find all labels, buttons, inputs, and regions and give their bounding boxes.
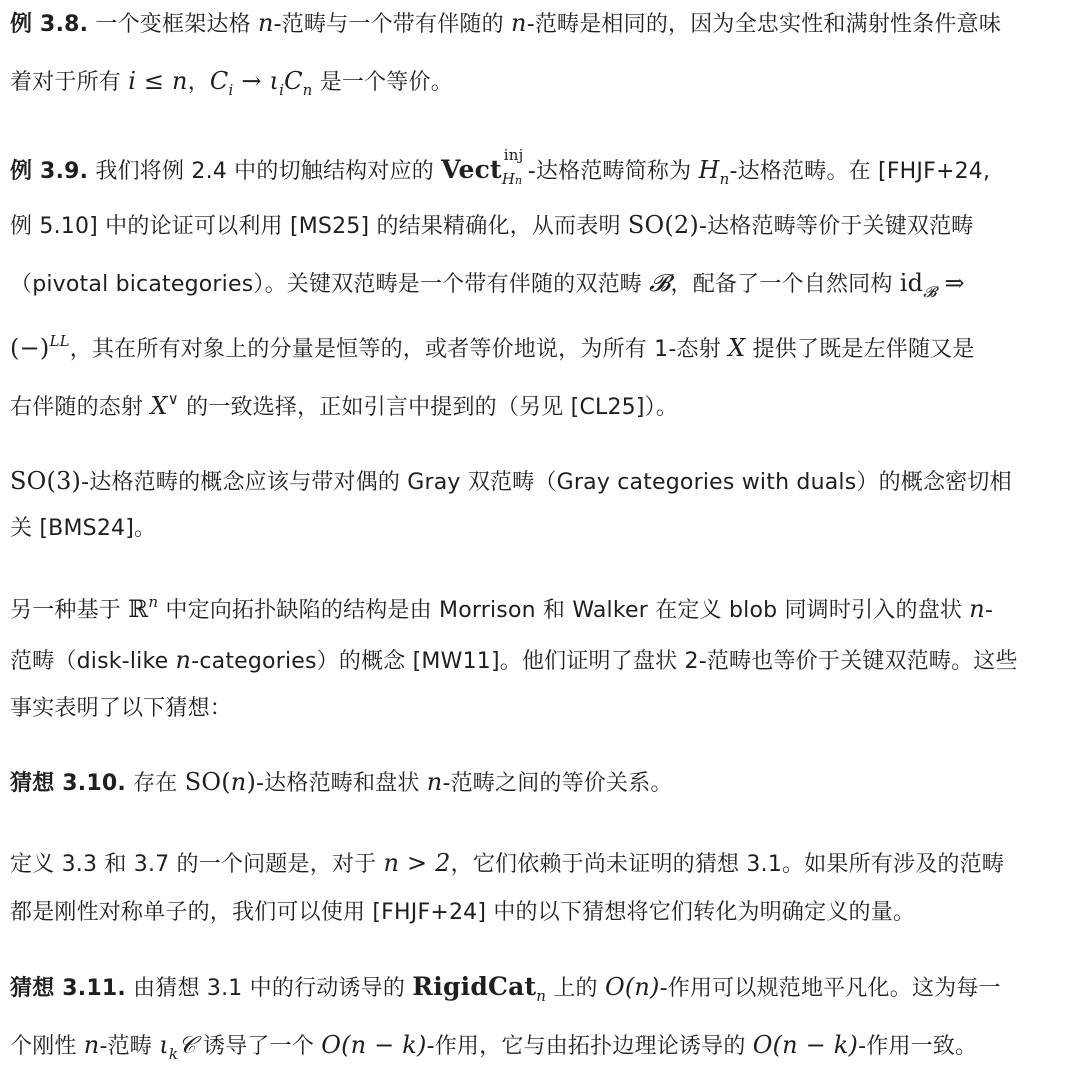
math-sub: n bbox=[303, 81, 313, 99]
text: -范畴与一个带有伴随的 bbox=[274, 12, 511, 37]
text: 个刚性 bbox=[10, 1034, 84, 1059]
math: O(n − k) bbox=[753, 1031, 858, 1059]
math-sub: 𝓑 bbox=[923, 283, 936, 301]
text: 另一种基于 bbox=[10, 598, 128, 623]
math: n bbox=[176, 646, 192, 674]
conjecture-label: 猜想 3.10. bbox=[10, 771, 126, 796]
paragraph-definitions-line-2: 都是刚性对称单子的，我们可以使用 [FHJF+24] 中的以下猜想将它们转化为明… bbox=[10, 898, 915, 932]
math: id bbox=[900, 269, 923, 297]
text: - bbox=[985, 598, 993, 623]
example-3-9-line-2: 例 5.10] 中的论证可以利用 [MS25] 的结果精确化，从而表明 SO(2… bbox=[10, 210, 974, 244]
text: 右伴随的态射 bbox=[10, 395, 150, 420]
math-sub: n bbox=[536, 987, 546, 1005]
text: 存在 bbox=[126, 771, 185, 796]
text: 上的 bbox=[546, 976, 605, 1001]
text: 是一个等价。 bbox=[313, 70, 453, 95]
text: 着对于所有 bbox=[10, 70, 128, 95]
text: 都是刚性对称单子的，我们可以使用 [FHJF+24] 中的以下猜想将它们转化为明… bbox=[10, 900, 915, 925]
math: n bbox=[231, 768, 247, 796]
example-label: 例 3.9. bbox=[10, 159, 88, 184]
text: ， bbox=[188, 70, 210, 95]
math-subsub: n bbox=[515, 174, 522, 187]
example-3-9-line-1: 例 3.9. 我们将例 2.4 中的切触结构对应的 VectinjHn-达格范畴… bbox=[10, 152, 990, 186]
math: n bbox=[84, 1031, 100, 1059]
math: X bbox=[728, 334, 745, 362]
text: 诱导了一个 bbox=[196, 1034, 321, 1059]
math-sup: LL bbox=[49, 332, 69, 350]
math: n > 2 bbox=[384, 849, 451, 877]
text: -达格范畴。在 [FHJF+24, bbox=[730, 159, 991, 184]
math: ι bbox=[159, 1031, 169, 1059]
math-sub: Hn bbox=[502, 164, 523, 196]
conjecture-3-11-line-1: 猜想 3.11. 由猜想 3.1 中的行动诱导的 RigidCatn 上的 O(… bbox=[10, 972, 1001, 1006]
math: ⇒ bbox=[937, 269, 965, 297]
math: 𝒞 bbox=[178, 1031, 196, 1059]
math-sub: k bbox=[169, 1045, 178, 1063]
math: → ι bbox=[233, 67, 279, 95]
math: H bbox=[698, 156, 719, 184]
math: ) bbox=[246, 768, 256, 796]
text: -categories）的概念 [MW11]。他们证明了盘状 2-范畴也等价于关… bbox=[191, 649, 1017, 674]
paragraph-so3-line-2: 关 [BMS24]。 bbox=[10, 514, 156, 548]
text: 中定向拓扑缺陷的结构是由 Morrison 和 Walker 在定义 blob … bbox=[158, 598, 969, 623]
text: 由猜想 3.1 中的行动诱导的 bbox=[126, 976, 412, 1001]
text: 我们将例 2.4 中的切触结构对应的 bbox=[88, 159, 441, 184]
text: -达格范畴的概念应该与带对偶的 Gray 双范畴（Gray categories… bbox=[81, 470, 1012, 495]
math-bold: Vect bbox=[441, 155, 502, 184]
math: O(n − k) bbox=[321, 1031, 426, 1059]
math-supsub: injHn bbox=[502, 152, 528, 182]
text: ，其在所有对象上的分量是恒等的，或者等价地说，为所有 1-态射 bbox=[70, 337, 728, 362]
math: SO( bbox=[185, 768, 231, 796]
math: SO(3) bbox=[10, 467, 81, 495]
example-3-9-line-3: （pivotal bicategories）。关键双范畴是一个带有伴随的双范畴 … bbox=[10, 268, 965, 302]
example-3-9-line-4: (−)LL，其在所有对象上的分量是恒等的，或者等价地说，为所有 1-态射 X 提… bbox=[10, 326, 975, 360]
text: 的一致选择，正如引言中提到的（另见 [CL25]）。 bbox=[179, 395, 678, 420]
math: C bbox=[284, 67, 303, 95]
math: n bbox=[969, 595, 985, 623]
text: 一个变框架达格 bbox=[88, 12, 258, 37]
example-3-8-line-2: 着对于所有 i ≤ n，Ci → ιiCn 是一个等价。 bbox=[10, 66, 453, 100]
paragraph-definitions-line-1: 定义 3.3 和 3.7 的一个问题是，对于 n > 2，它们依赖于尚未证明的猜… bbox=[10, 848, 1004, 882]
text: 事实表明了以下猜想： bbox=[10, 696, 232, 721]
example-label: 例 3.8. bbox=[10, 12, 88, 37]
text: -达格范畴等价于关键双范畴 bbox=[699, 214, 974, 239]
math-bold: RigidCat bbox=[412, 972, 536, 1001]
text: 范畴（disk-like bbox=[10, 649, 176, 674]
paragraph-disklike-line-1: 另一种基于 ℝn 中定向拓扑缺陷的结构是由 Morrison 和 Walker … bbox=[10, 587, 993, 621]
text: -作用，它与由拓扑边理论诱导的 bbox=[427, 1034, 753, 1059]
text: -作用一致。 bbox=[858, 1034, 977, 1059]
math: 𝓑 bbox=[649, 269, 670, 297]
math-sup: n bbox=[148, 593, 158, 611]
text: ，它们依赖于尚未证明的猜想 3.1。如果所有涉及的范畴 bbox=[451, 852, 1004, 877]
math: O(n) bbox=[605, 973, 660, 1001]
conjecture-label: 猜想 3.11. bbox=[10, 976, 126, 1001]
math: i ≤ n bbox=[128, 67, 188, 95]
text: ，配备了一个自然同构 bbox=[671, 272, 900, 297]
math: X bbox=[150, 392, 167, 420]
math: C bbox=[210, 67, 229, 95]
math-sup: ∨ bbox=[168, 390, 179, 408]
conjecture-3-10-line-1: 猜想 3.10. 存在 SO(n)-达格范畴和盘状 n-范畴之间的等价关系。 bbox=[10, 767, 673, 801]
math-sub-text: H bbox=[502, 170, 515, 188]
paragraph-so3-line-1: SO(3)-达格范畴的概念应该与带对偶的 Gray 双范畴（Gray categ… bbox=[10, 466, 1012, 500]
example-3-8-line-1: 例 3.8. 一个变框架达格 n-范畴与一个带有伴随的 n-范畴是相同的，因为全… bbox=[10, 8, 1001, 42]
math: SO(2) bbox=[628, 211, 699, 239]
paragraph-disklike-line-3: 事实表明了以下猜想： bbox=[10, 694, 232, 728]
math: n bbox=[427, 768, 443, 796]
text: 关 [BMS24]。 bbox=[10, 516, 156, 541]
text: -范畴是相同的，因为全忠实性和满射性条件意味 bbox=[527, 12, 1001, 37]
conjecture-3-11-line-2: 个刚性 n-范畴 ιk𝒞 诱导了一个 O(n − k)-作用，它与由拓扑边理论诱… bbox=[10, 1030, 977, 1064]
text: -达格范畴和盘状 bbox=[256, 771, 427, 796]
paragraph-disklike-line-2: 范畴（disk-like n-categories）的概念 [MW11]。他们证… bbox=[10, 645, 1018, 679]
text: -范畴 bbox=[99, 1034, 159, 1059]
text: -作用可以规范地平凡化。这为每一 bbox=[660, 976, 1001, 1001]
text: 定义 3.3 和 3.7 的一个问题是，对于 bbox=[10, 852, 384, 877]
math: n bbox=[258, 9, 274, 37]
math: (−) bbox=[10, 334, 49, 362]
text: -范畴之间的等价关系。 bbox=[442, 771, 672, 796]
math: ℝ bbox=[128, 595, 148, 623]
math-sub: n bbox=[720, 170, 730, 188]
text: 提供了既是左伴随又是 bbox=[745, 337, 974, 362]
example-3-9-line-5: 右伴随的态射 X∨ 的一致选择，正如引言中提到的（另见 [CL25]）。 bbox=[10, 384, 678, 418]
text: 例 5.10] 中的论证可以利用 [MS25] 的结果精确化，从而表明 bbox=[10, 214, 628, 239]
text: -达格范畴简称为 bbox=[528, 159, 699, 184]
text: （pivotal bicategories）。关键双范畴是一个带有伴随的双范畴 bbox=[10, 272, 649, 297]
document-page: 例 3.8. 一个变框架达格 n-范畴与一个带有伴随的 n-范畴是相同的，因为全… bbox=[0, 0, 1080, 1071]
math: n bbox=[511, 9, 527, 37]
